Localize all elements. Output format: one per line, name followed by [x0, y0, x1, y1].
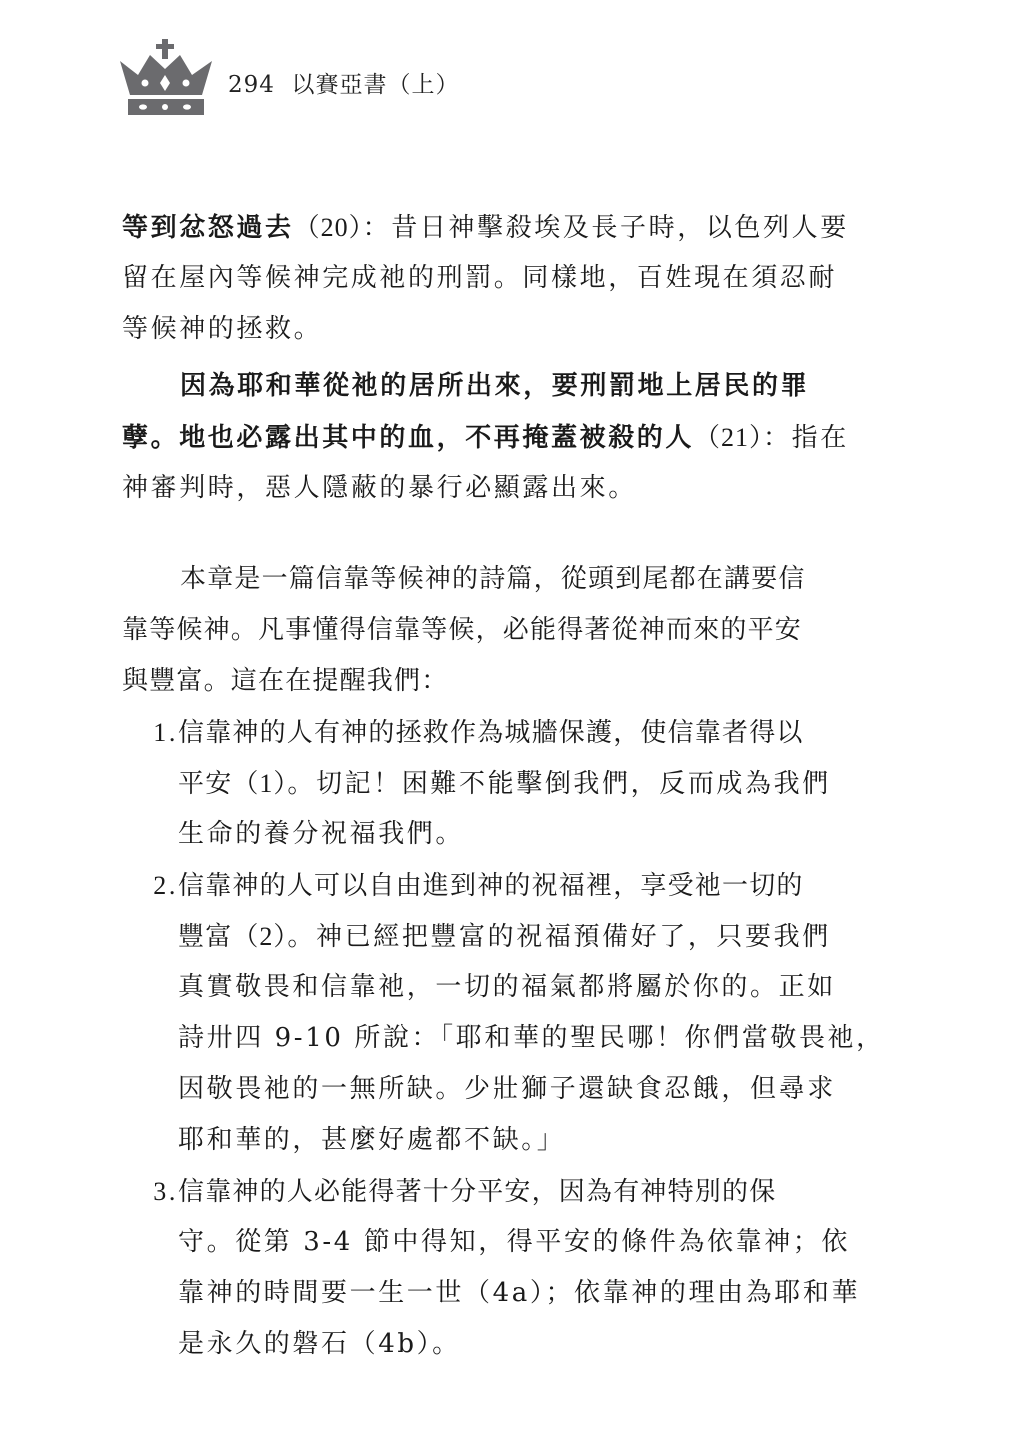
crown-icon: [118, 39, 214, 117]
text: ：指在: [763, 423, 849, 453]
paragraph-line: 神審判時，惡人隱蔽的暴行必顯露出來。: [122, 463, 852, 514]
text: 平安: [178, 769, 232, 799]
list-item-line: 是永久的磐石（4b）。: [122, 1319, 852, 1370]
bold-lead: 等到忿怒過去: [122, 213, 294, 243]
list-number: 3.: [148, 1166, 178, 1217]
list-item: 2.信靠神的人可以自由進到神的祝福裡，享受祂一切的: [122, 860, 852, 911]
paragraph-line: 因為耶和華從祂的居所出來，要刑罰地上居民的罪: [122, 361, 852, 412]
running-head: 294 以賽亞書（上）: [228, 66, 460, 99]
page-header: 294 以賽亞書（上）: [118, 38, 460, 118]
paragraph-line: 與豐富。這在在提醒我們：: [122, 656, 852, 707]
list-item-line: 真實敬畏和信靠祂，一切的福氣都將屬於你的。正如: [122, 962, 852, 1013]
paragraph-line: 靠等候神。凡事懂得信靠等候，必能得著從神而來的平安: [122, 605, 852, 656]
paragraph-line: 孽。地也必露出其中的血，不再掩蓋被殺的人（21）：指在: [122, 412, 852, 463]
text: 信靠神的人必能得著十分平安，因為有神特別的保: [178, 1177, 776, 1207]
list-item-line: 詩卅四 9-10 所說：「耶和華的聖民哪！你們當敬畏祂，: [122, 1013, 852, 1064]
bold-lead: 孽。地也必露出其中的血，不再掩蓋被殺的人: [122, 423, 694, 453]
list-item: 1.信靠神的人有神的拯救作為城牆保護，使信靠者得以: [122, 707, 852, 758]
text: 豐富: [178, 922, 232, 952]
list-number: 2.: [148, 860, 178, 911]
verse-ref: （20）: [294, 213, 363, 242]
list-item: 3.信靠神的人必能得著十分平安，因為有神特別的保: [122, 1166, 852, 1217]
list-item-line: 平安（1）。切記！困難不能擊倒我們，反而成為我們: [122, 758, 852, 809]
list-item-line: 耶和華的，甚麼好處都不缺。」: [122, 1115, 852, 1166]
paragraph-line: 等候神的拯救。: [122, 304, 852, 355]
list-item-line: 靠神的時間要一生一世（4a）；依靠神的理由為耶和華: [122, 1268, 852, 1319]
list-item-line: 因敬畏祂的一無所缺。少壯獅子還缺食忍餓，但尋求: [122, 1064, 852, 1115]
text: 信靠神的人可以自由進到神的祝福裡，享受祂一切的: [178, 871, 804, 901]
list-item-line: 生命的養分祝福我們。: [122, 809, 852, 860]
page-body: 等到忿怒過去（20）：昔日神擊殺埃及長子時，以色列人要 留在屋內等候神完成祂的刑…: [122, 202, 852, 1370]
text: ：昔日神擊殺埃及長子時，以色列人要: [363, 213, 849, 243]
paragraph-line: 留在屋內等候神完成祂的刑罰。同樣地，百姓現在須忍耐: [122, 253, 852, 304]
verse-ref: （2）: [232, 922, 287, 951]
list-number: 1.: [148, 707, 178, 758]
text: 。神已經把豐富的祝福預備好了，只要我們: [287, 922, 830, 952]
page-number: 294: [228, 72, 275, 98]
paragraph-line: 等到忿怒過去（20）：昔日神擊殺埃及長子時，以色列人要: [122, 202, 852, 253]
verse-ref: （1）: [232, 769, 287, 798]
list-item-line: 豐富（2）。神已經把豐富的祝福預備好了，只要我們: [122, 911, 852, 962]
paragraph-line: 本章是一篇信靠等候神的詩篇，從頭到尾都在講要信: [122, 554, 852, 605]
book-title: 以賽亞書（上）: [292, 72, 460, 98]
text: 信靠神的人有神的拯救作為城牆保護，使信靠者得以: [178, 718, 804, 748]
text: 。切記！困難不能擊倒我們，反而成為我們: [287, 769, 830, 799]
list-item-line: 守。從第 3-4 節中得知，得平安的條件為依靠神；依: [122, 1217, 852, 1268]
verse-ref: （21）: [694, 423, 763, 452]
